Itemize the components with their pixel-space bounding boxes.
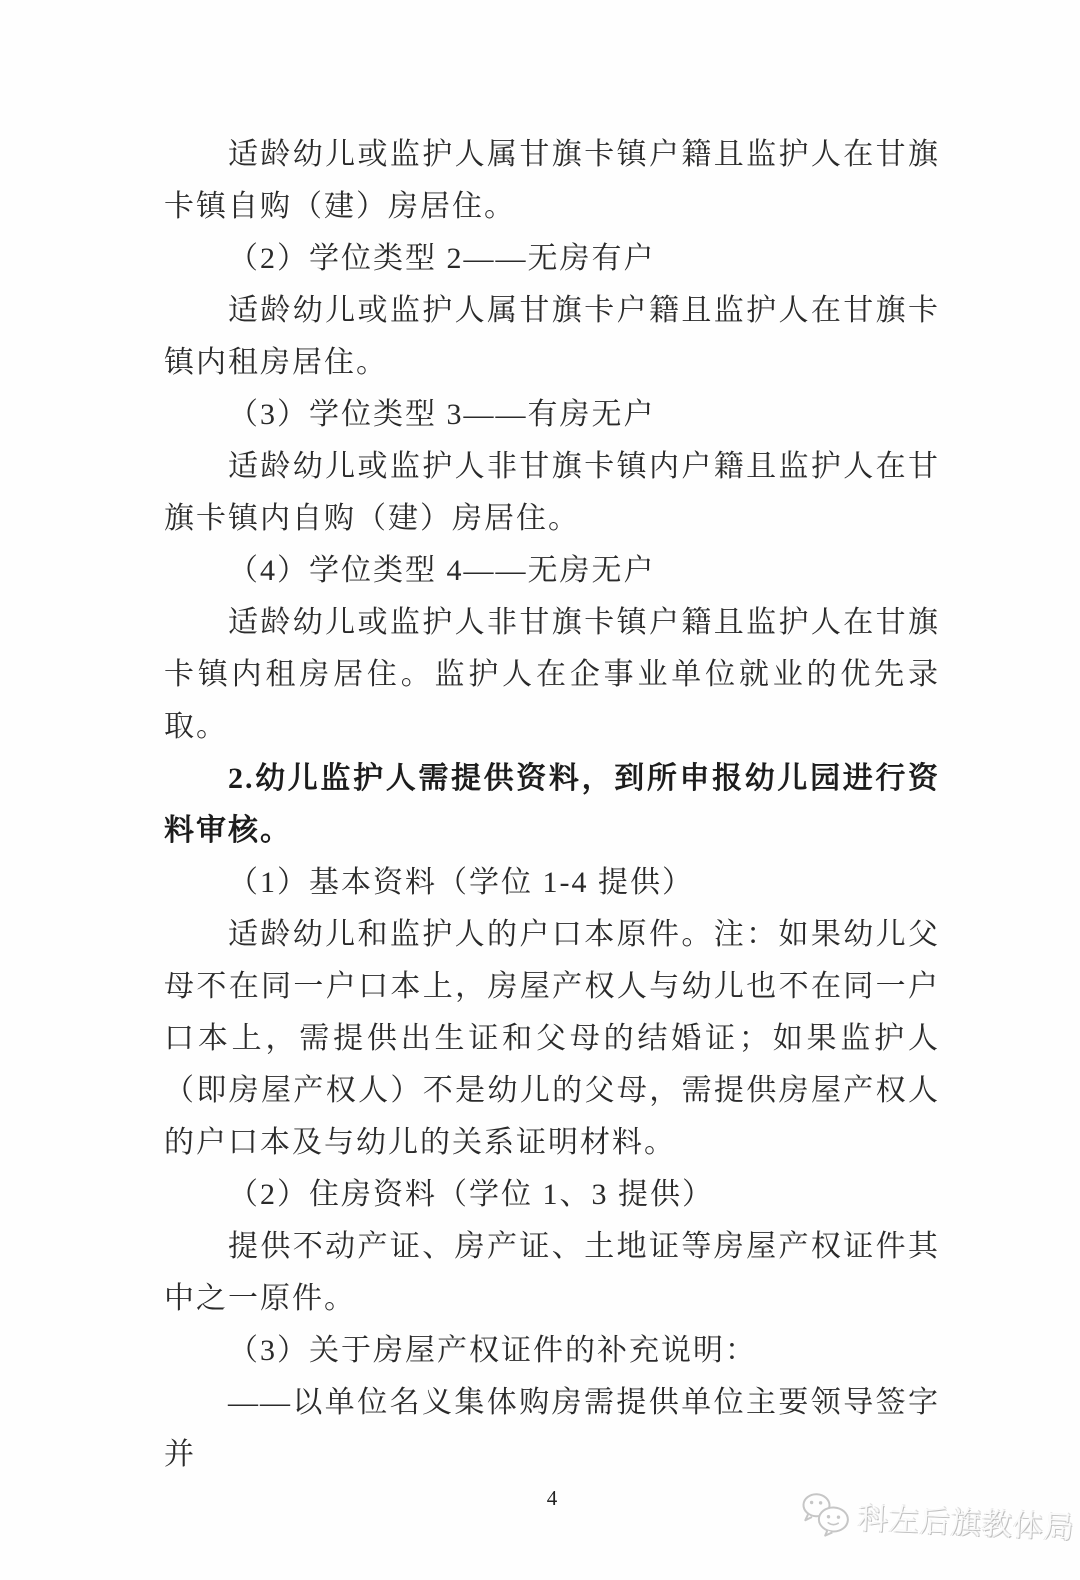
para-seat-type-3-residence: 适龄幼儿或监护人非甘旗卡镇内户籍且监护人在甘旗卡镇内自购（建）房居住。 <box>164 441 940 545</box>
heading-seat-type-3: （3）学位类型 3——有房无户 <box>164 389 940 441</box>
heading-seat-type-4: （4）学位类型 4——无房无户 <box>164 545 940 597</box>
para-basic-materials-detail: 适龄幼儿和监护人的户口本原件。注：如果幼儿父母不在同一户口本上，房屋产权人与幼儿… <box>164 909 940 1169</box>
document-page: 适龄幼儿或监护人属甘旗卡镇户籍且监护人在甘旗卡镇自购（建）房居住。 （2）学位类… <box>0 0 1080 1580</box>
para-housing-materials-detail: 提供不动产证、房产证、土地证等房屋产权证件其中之一原件。 <box>164 1221 940 1325</box>
heading-housing-materials: （2）住房资料（学位 1、3 提供） <box>164 1169 940 1221</box>
para-seat-type-4-residence: 适龄幼儿或监护人非甘旗卡镇户籍且监护人在甘旗卡镇内租房居住。监护人在企事业单位就… <box>164 597 940 753</box>
heading-property-cert-note: （3）关于房屋产权证件的补充说明： <box>164 1325 940 1377</box>
para-collective-purchase-note: ——以单位名义集体购房需提供单位主要领导签字并 <box>164 1377 940 1481</box>
page-number: 4 <box>12 1486 1080 1511</box>
para-seat-type-2-residence: 适龄幼儿或监护人属甘旗卡户籍且监护人在甘旗卡镇内租房居住。 <box>164 285 940 389</box>
document-body: 适龄幼儿或监护人属甘旗卡镇户籍且监护人在甘旗卡镇自购（建）房居住。 （2）学位类… <box>164 129 940 1481</box>
section-2-materials-heading: 2.幼儿监护人需提供资料，到所申报幼儿园进行资料审核。 <box>164 753 940 857</box>
heading-seat-type-2: （2）学位类型 2——无房有户 <box>164 233 940 285</box>
heading-basic-materials: （1）基本资料（学位 1-4 提供） <box>164 857 940 909</box>
para-seat-type-1-residence: 适龄幼儿或监护人属甘旗卡镇户籍且监护人在甘旗卡镇自购（建）房居住。 <box>164 129 940 233</box>
